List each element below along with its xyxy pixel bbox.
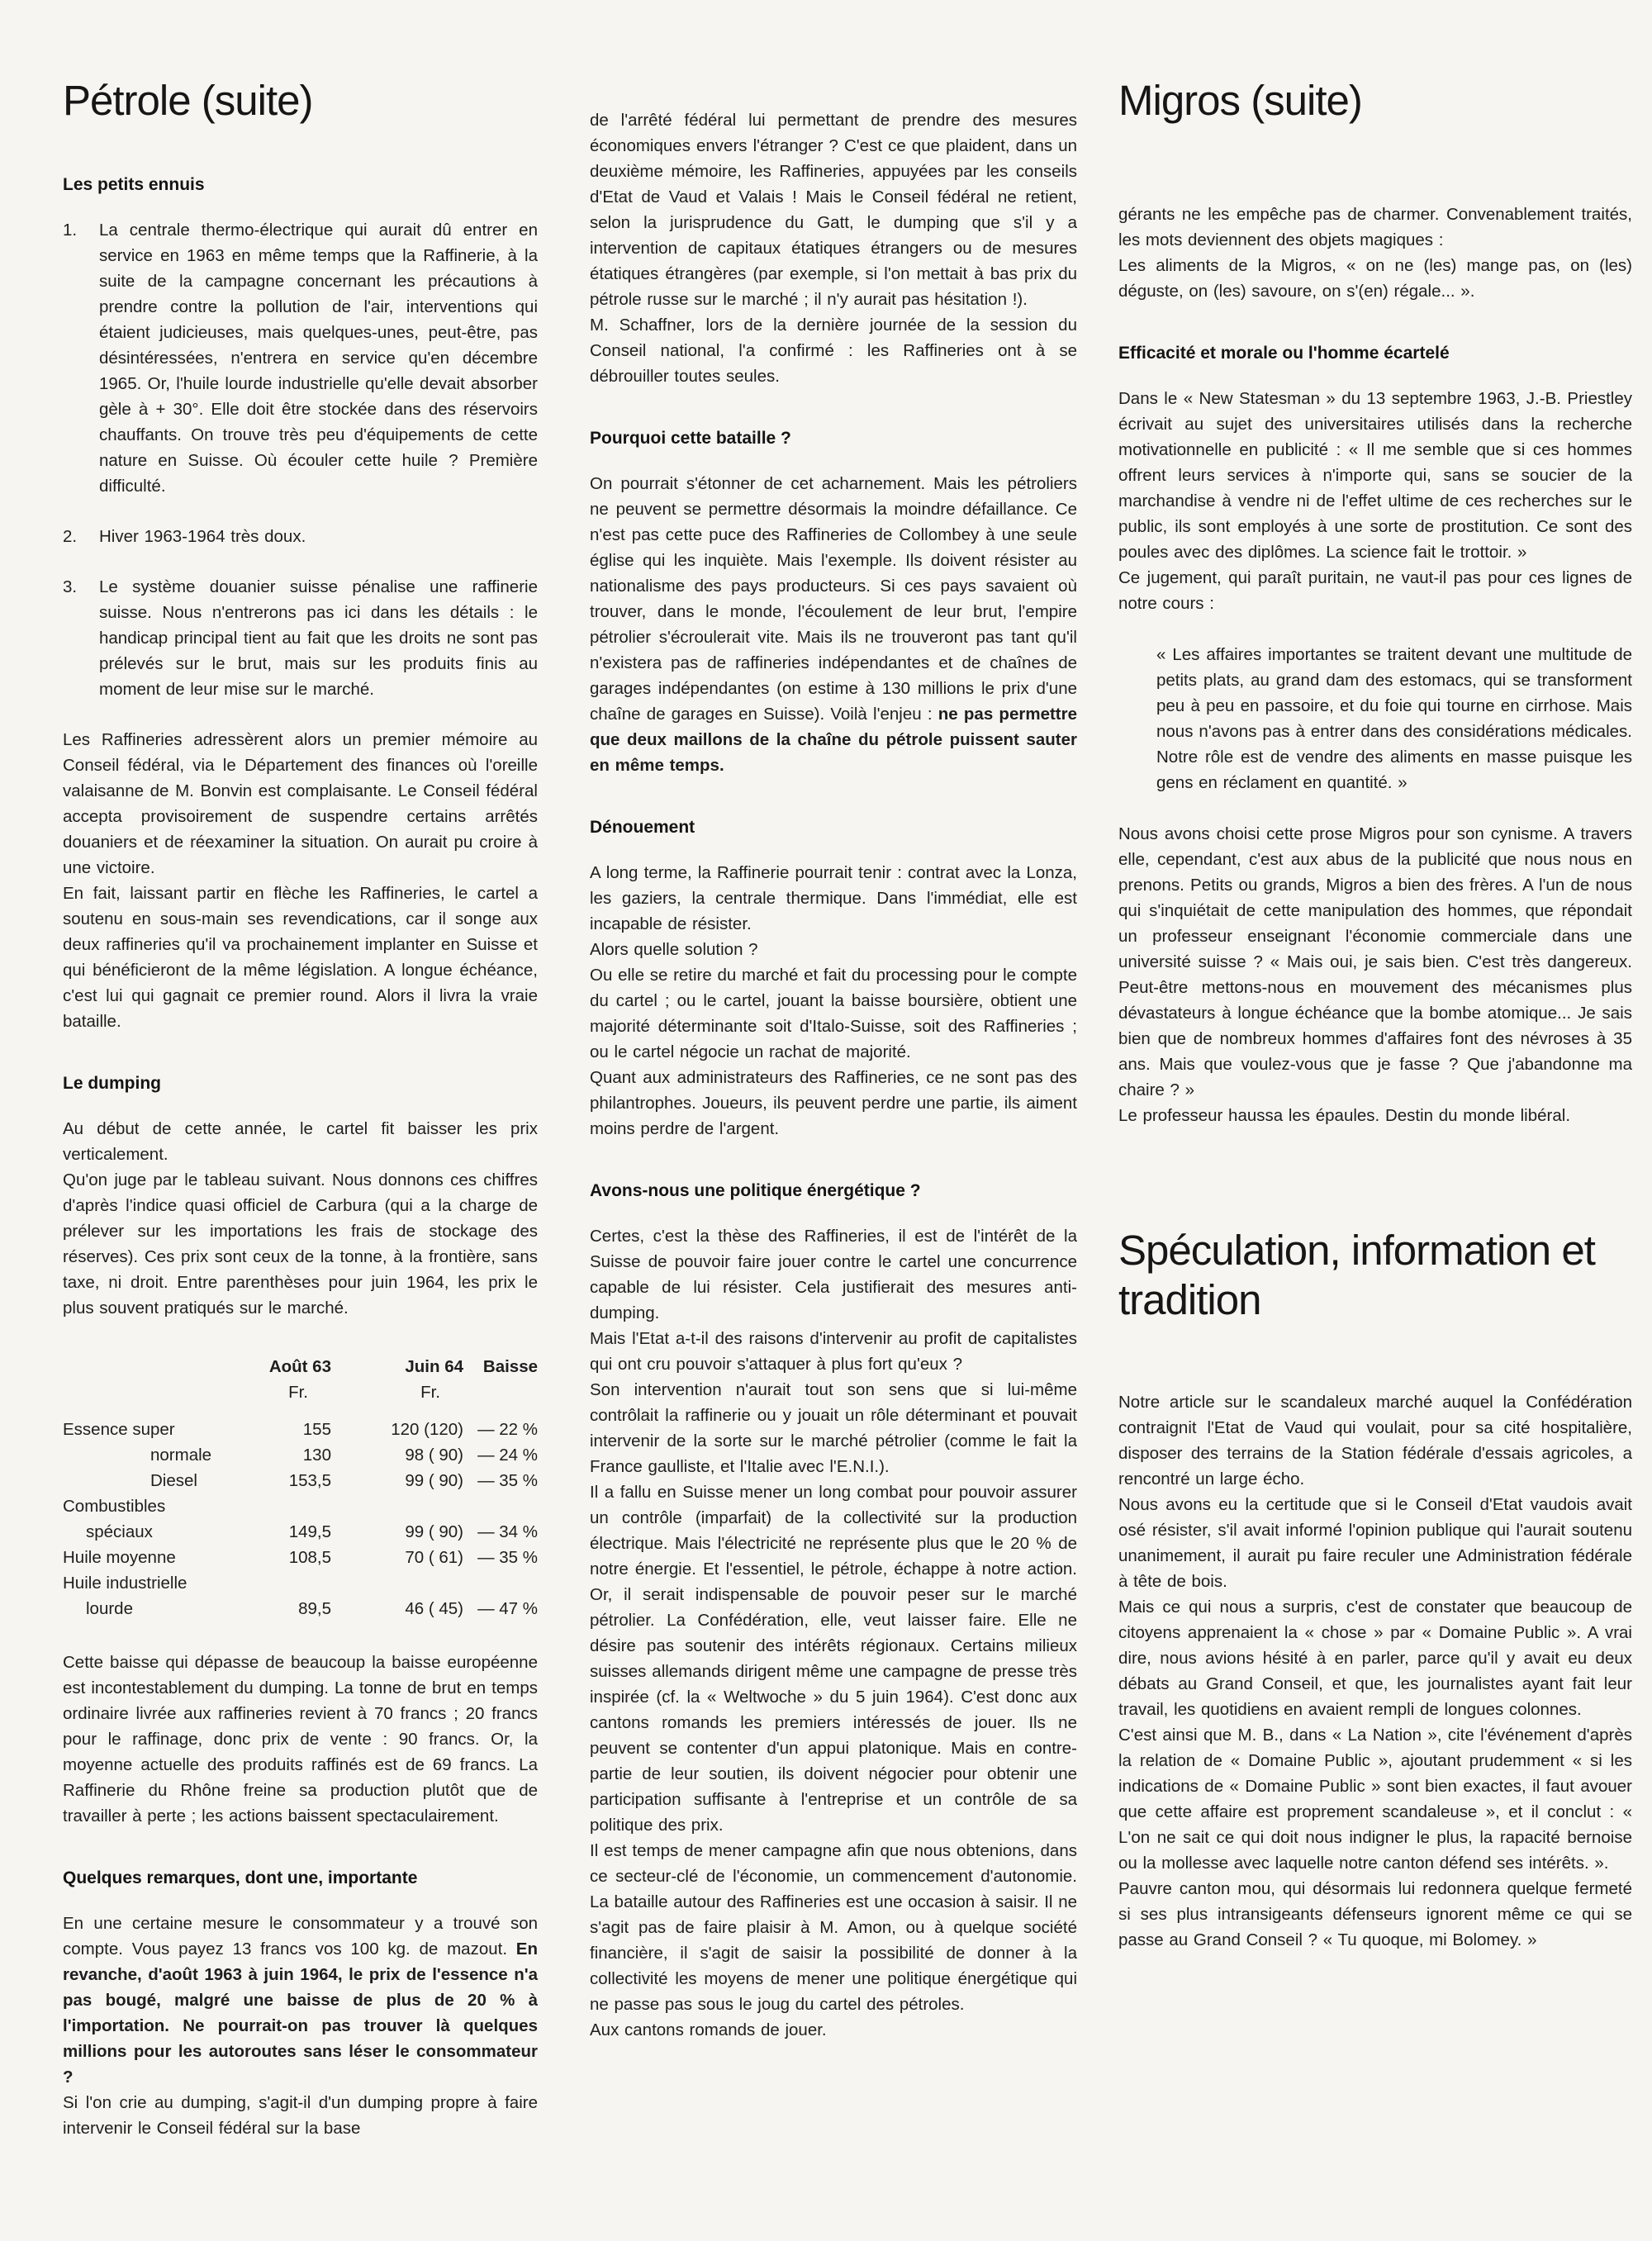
subhead-politique-energetique: Avons-nous une politique énergétique ? — [590, 1180, 1077, 1202]
list-item-number: 1. — [63, 217, 77, 243]
list-item-number: 2. — [63, 524, 77, 549]
paragraph: Dans le « New Statesman » du 13 septembr… — [1118, 386, 1632, 565]
column-petrole: Pétrole (suite) Les petits ennuis 1. La … — [63, 76, 538, 2141]
column-petrole-continuation: de l'arrêté fédéral lui permettant de pr… — [590, 107, 1077, 2043]
newspaper-page: Pétrole (suite) Les petits ennuis 1. La … — [0, 0, 1652, 2241]
table-row: Essence super 155 120 (120) — 22 % — [63, 1417, 538, 1442]
table-header-cell: Août 63 — [249, 1354, 331, 1379]
table-cell: 130 — [249, 1442, 331, 1468]
price-table: Août 63 Juin 64 Baisse Fr. Fr. Essence s… — [63, 1354, 538, 1621]
table-row: normale 130 98 ( 90) — 24 % — [63, 1442, 538, 1468]
paragraph: Le professeur haussa les épaules. Destin… — [1118, 1103, 1632, 1128]
table-unit-cell: Fr. — [331, 1379, 463, 1405]
subhead-efficacite-et-morale: Efficacité et morale ou l'homme écartelé — [1118, 342, 1632, 364]
paragraph: A long terme, la Raffinerie pourrait ten… — [590, 860, 1077, 937]
paragraph: Les aliments de la Migros, « on ne (les)… — [1118, 253, 1632, 304]
table-cell-label: Essence super — [63, 1417, 249, 1442]
subhead-denouement: Dénouement — [590, 816, 1077, 838]
table-cell: 153,5 — [249, 1468, 331, 1493]
paragraph: Son intervention n'aurait tout son sens … — [590, 1377, 1077, 1479]
table-cell: — 24 % — [463, 1442, 538, 1468]
table-cell: 120 (120) — [331, 1417, 463, 1442]
table-unit-cell: Fr. — [249, 1379, 331, 1405]
paragraph: Certes, c'est la thèse des Raffineries, … — [590, 1223, 1077, 1326]
table-header-cell: Juin 64 — [331, 1354, 463, 1379]
paragraph-text: En une certaine mesure le consommateur y… — [63, 1914, 538, 1959]
table-cell-label: spéciaux — [63, 1519, 249, 1545]
paragraph: Alors quelle solution ? — [590, 937, 1077, 962]
article-title-migros: Migros (suite) — [1118, 76, 1632, 126]
subhead-pourquoi-cette-bataille: Pourquoi cette bataille ? — [590, 427, 1077, 449]
table-header-cell: Baisse — [463, 1354, 538, 1379]
table-cell: 99 ( 90) — [331, 1468, 463, 1493]
paragraph: Aux cantons romands de jouer. — [590, 2017, 1077, 2043]
table-cell: — 34 % — [463, 1519, 538, 1545]
paragraph: Ou elle se retire du marché et fait du p… — [590, 962, 1077, 1065]
table-row: Diesel 153,5 99 ( 90) — 35 % — [63, 1468, 538, 1493]
table-cell: — 35 % — [463, 1545, 538, 1570]
list-item: 1. La centrale thermo-électrique qui aur… — [63, 217, 538, 499]
table-cell-label: Diesel — [63, 1468, 249, 1493]
paragraph: On pourrait s'étonner de cet acharnement… — [590, 471, 1077, 778]
paragraph: Nous avons eu la certitude que si le Con… — [1118, 1492, 1632, 1594]
paragraph: En fait, laissant partir en flèche les R… — [63, 881, 538, 1034]
table-cell: — 47 % — [463, 1596, 538, 1621]
block-quote: « Les affaires importantes se traitent d… — [1118, 642, 1632, 795]
numbered-list: 1. La centrale thermo-électrique qui aur… — [63, 217, 538, 702]
table-cell-label: Huile moyenne — [63, 1545, 249, 1570]
paragraph-bold-text: En revanche, d'août 1963 à juin 1964, le… — [63, 1940, 538, 2087]
table-cell: — 35 % — [463, 1468, 538, 1493]
paragraph: Au début de cette année, le cartel fit b… — [63, 1116, 538, 1167]
paragraph: En une certaine mesure le consommateur y… — [63, 1911, 538, 2090]
paragraph: Cette baisse qui dépasse de beaucoup la … — [63, 1650, 538, 1829]
table-header-row: Août 63 Juin 64 Baisse — [63, 1354, 538, 1379]
paragraph: Mais ce qui nous a surpris, c'est de con… — [1118, 1594, 1632, 1722]
paragraph: Il a fallu en Suisse mener un long comba… — [590, 1479, 1077, 1838]
paragraph: C'est ainsi que M. B., dans « La Nation … — [1118, 1722, 1632, 1876]
table-row: Huile industrielle — [63, 1570, 538, 1596]
paragraph: Quant aux administrateurs des Raffinerie… — [590, 1065, 1077, 1142]
table-cell: — 22 % — [463, 1417, 538, 1442]
list-item: 2. Hiver 1963-1964 très doux. — [63, 524, 538, 549]
table-header-cell — [63, 1354, 249, 1379]
table-cell-label: lourde — [63, 1596, 249, 1621]
table-cell: 70 ( 61) — [331, 1545, 463, 1570]
paragraph: Notre article sur le scandaleux marché a… — [1118, 1389, 1632, 1492]
paragraph: Nous avons choisi cette prose Migros pou… — [1118, 821, 1632, 1103]
subhead-quelques-remarques: Quelques remarques, dont une, importante — [63, 1867, 538, 1889]
paragraph: Pauvre canton mou, qui désormais lui red… — [1118, 1876, 1632, 1953]
table-row: lourde 89,5 46 ( 45) — 47 % — [63, 1596, 538, 1621]
paragraph: Mais l'Etat a-t-il des raisons d'interve… — [590, 1326, 1077, 1377]
paragraph-text: On pourrait s'étonner de cet acharnement… — [590, 474, 1077, 724]
table-row: Huile moyenne 108,5 70 ( 61) — 35 % — [63, 1545, 538, 1570]
table-cell: 149,5 — [249, 1519, 331, 1545]
list-item-text: La centrale thermo-électrique qui aurait… — [99, 221, 538, 496]
subhead-les-petits-ennuis: Les petits ennuis — [63, 173, 538, 196]
table-cell: 46 ( 45) — [331, 1596, 463, 1621]
table-cell: 155 — [249, 1417, 331, 1442]
paragraph: Les Raffineries adressèrent alors un pre… — [63, 727, 538, 881]
article-title-speculation: Spéculation, information et tradition — [1118, 1226, 1632, 1325]
paragraph: M. Schaffner, lors de la dernière journé… — [590, 312, 1077, 389]
table-row: spéciaux 149,5 99 ( 90) — 34 % — [63, 1519, 538, 1545]
article-title-petrole: Pétrole (suite) — [63, 76, 538, 126]
table-row: Combustibles — [63, 1493, 538, 1519]
paragraph: de l'arrêté fédéral lui permettant de pr… — [590, 107, 1077, 312]
table-cell: 99 ( 90) — [331, 1519, 463, 1545]
paragraph: Si l'on crie au dumping, s'agit-il d'un … — [63, 2090, 538, 2141]
list-item-text: Hiver 1963-1964 très doux. — [99, 527, 306, 546]
table-cell-label: Combustibles — [63, 1493, 249, 1519]
list-item: 3. Le système douanier suisse pénalise u… — [63, 574, 538, 702]
column-migros: Migros (suite) gérants ne les empêche pa… — [1118, 76, 1632, 1953]
table-cell-label: normale — [63, 1442, 249, 1468]
table-cell: 89,5 — [249, 1596, 331, 1621]
paragraph: gérants ne les empêche pas de charmer. C… — [1118, 202, 1632, 253]
paragraph: Qu'on juge par le tableau suivant. Nous … — [63, 1167, 538, 1321]
table-cell: 98 ( 90) — [331, 1442, 463, 1468]
paragraph: Ce jugement, qui paraît puritain, ne vau… — [1118, 565, 1632, 616]
subhead-le-dumping: Le dumping — [63, 1072, 538, 1094]
table-cell-label: Huile industrielle — [63, 1570, 249, 1596]
paragraph: Il est temps de mener campagne afin que … — [590, 1838, 1077, 2017]
table-cell: 108,5 — [249, 1545, 331, 1570]
list-item-text: Le système douanier suisse pénalise une … — [99, 577, 538, 699]
table-units-row: Fr. Fr. — [63, 1379, 538, 1405]
list-item-number: 3. — [63, 574, 77, 600]
